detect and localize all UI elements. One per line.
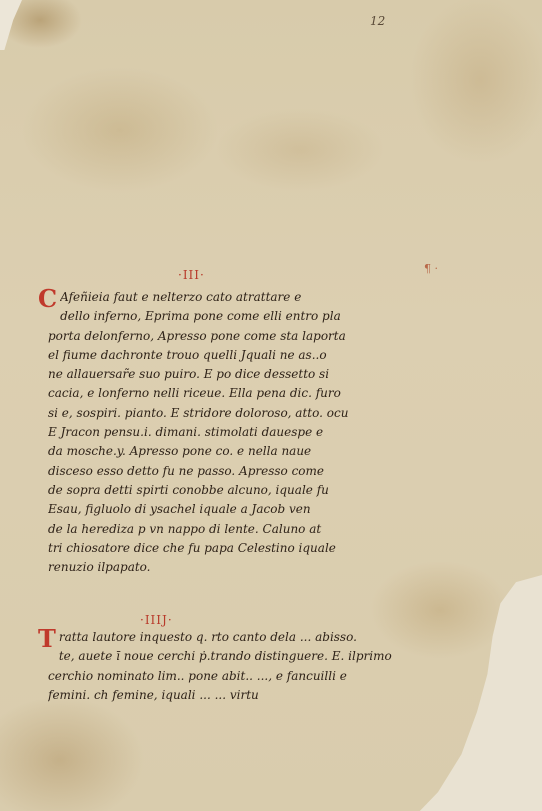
text-line: dello inferno, Eprima pone come elli ent… (60, 307, 418, 326)
rubricated-initial: C (38, 288, 57, 310)
text-line: porta delonferno, Apresso pone come sta … (48, 327, 418, 346)
text-line: disceso esso detto fu ne passo. Apresso … (48, 462, 418, 481)
text-line: de sopra detti spirti conobbe alcuno, iq… (48, 481, 418, 500)
text-line: de la herediza p vn nappo di lente. Calu… (48, 520, 418, 539)
text-line: E Jracon pensu.i. dimani. stimolati daue… (48, 423, 418, 442)
text-line: tri chiosatore dice che fu papa Celestin… (48, 539, 418, 558)
text-line: Esau, figluolo di ysachel iquale a Jacob… (48, 500, 418, 519)
text-line: Afeñieia faut e nelterzo cato atrattare … (60, 288, 418, 307)
text-line: cerchio nominato lim.. pone abit.. ..., … (48, 667, 418, 686)
torn-corner-bottom-right (412, 575, 542, 811)
folio-number: 12 (370, 14, 385, 28)
text-line: femini. ch femine, iquali ... ... virtu (48, 686, 418, 705)
chapter-text-block: C Afeñieia faut e nelterzo cato atrattar… (48, 288, 418, 577)
manuscript-page: 12 ¶ · ·III· C Afeñieia faut e nelterzo … (0, 0, 542, 811)
rubricated-initial: T (38, 628, 56, 650)
chapter-text-block: T ratta lautore inquesto q. rto canto de… (48, 628, 418, 705)
margin-rubric-mark: ¶ · (424, 262, 438, 276)
text-line: ratta lautore inquesto q. rto canto dela… (59, 628, 418, 647)
chapter-numeral: ·IIIJ· (140, 613, 173, 627)
text-line: el fiume dachronte trouo quelli Jquali n… (48, 346, 418, 365)
torn-corner-top-left (0, 0, 22, 50)
text-line: si e, sospiri. pianto. E stridore doloro… (48, 404, 418, 423)
text-line: te, auete ī noue cerchi ṗ.trando disting… (59, 647, 418, 666)
text-line: renuzio ilpapato. (48, 558, 418, 577)
text-line: ne allauersar̃e suo puiro. E po dice des… (48, 365, 418, 384)
text-line: da mosche.y. Apresso pone co. e nella na… (48, 442, 418, 461)
text-line: cacia, e lonferno nelli riceue. Ella pen… (48, 384, 418, 403)
chapter-numeral: ·III· (178, 268, 205, 282)
